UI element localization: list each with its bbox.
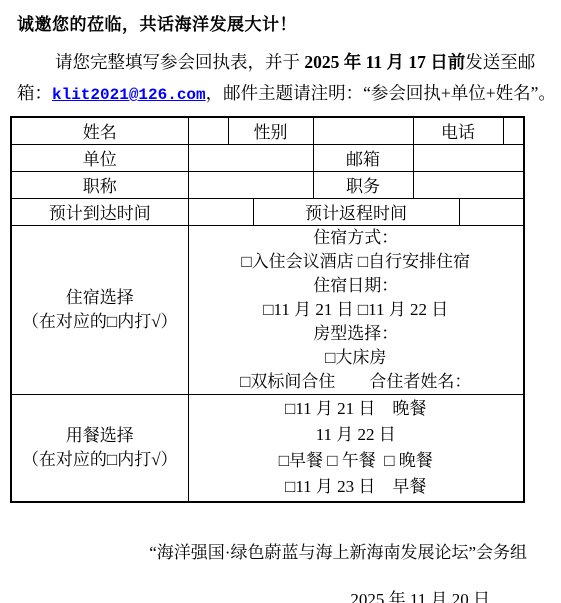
intro-line-2: 箱：klit2021@126.com，邮件主题请注明：“参会回执+单位+姓名”。 — [17, 78, 561, 111]
accommodation-row-label: 住宿选择 — [12, 286, 188, 310]
signature-date: 2025 年 11 月 20 日 — [0, 585, 490, 603]
deadline-text: 2025 年 11 月 17 日前 — [304, 52, 465, 72]
meal-nov21-dinner-checkbox-line[interactable]: □11 月 21 日 晚餐 — [189, 396, 524, 422]
title-value-cell[interactable] — [188, 171, 313, 198]
table-row: 姓名 性别 电话 — [11, 117, 524, 144]
email-label-cell: 邮箱 — [313, 144, 413, 171]
hotel-date-label: 住宿日期： — [189, 274, 524, 298]
title-label-cell: 职称 — [11, 171, 188, 198]
invitation-heading: 诚邀您的莅临，共话海洋发展大计！ — [17, 10, 545, 35]
table-row: 预计到达时间 预计返程时间 — [11, 198, 524, 225]
email-link[interactable]: klit2021@126.com — [52, 86, 206, 104]
accommodation-row: 住宿选择 （在对应的□内打√） 住宿方式： □入住会议酒店 □自行安排住宿 住宿… — [11, 225, 524, 394]
name-label-cell: 姓名 — [11, 117, 188, 144]
intro-text: ，邮件主题请注明：“参会回执+单位+姓名”。 — [206, 83, 556, 103]
meal-nov22-label: 11 月 22 日 — [189, 422, 524, 448]
reply-form-table: 姓名 性别 电话 单位 邮箱 职称 职务 预计到达时间 预计返程时间 住宿选择 … — [10, 116, 525, 503]
position-value-cell[interactable] — [413, 171, 524, 198]
return-time-label-cell: 预计返程时间 — [253, 198, 459, 225]
phone-value-cell[interactable] — [503, 117, 524, 144]
table-row: 职称 职务 — [11, 171, 524, 198]
phone-label-cell: 电话 — [413, 117, 503, 144]
accommodation-row-label-note: （在对应的□内打√） — [12, 310, 188, 334]
accommodation-row-label-cell: 住宿选择 （在对应的□内打√） — [11, 225, 188, 394]
return-time-value-cell[interactable] — [459, 198, 524, 225]
hotel-method-checkbox-line[interactable]: □入住会议酒店 □自行安排住宿 — [189, 250, 524, 274]
gender-label-cell: 性别 — [228, 117, 313, 144]
arrival-time-value-cell[interactable] — [188, 198, 253, 225]
document-page: { "heading": "诚邀您的莅临，共话海洋发展大计！", "intro"… — [0, 0, 561, 603]
arrival-time-label-cell: 预计到达时间 — [11, 198, 188, 225]
meals-row: 用餐选择 （在对应的□内打√） □11 月 21 日 晚餐 11 月 22 日 … — [11, 394, 524, 502]
table-row: 单位 邮箱 — [11, 144, 524, 171]
hotel-date-checkbox-line[interactable]: □11 月 21 日 □11 月 22 日 — [189, 298, 524, 322]
organization-label-cell: 单位 — [11, 144, 188, 171]
room-king-checkbox-line[interactable]: □大床房 — [189, 346, 524, 370]
meals-row-label: 用餐选择 — [12, 424, 188, 448]
meal-nov22-checkbox-line[interactable]: □早餐 □ 午餐 □ 晚餐 — [189, 448, 524, 474]
accommodation-options-cell: 住宿方式： □入住会议酒店 □自行安排住宿 住宿日期： □11 月 21 日 □… — [188, 225, 524, 394]
intro-text: 发送至邮 — [465, 52, 535, 72]
intro-paragraph: 请您完整填写参会回执表，并于 2025 年 11 月 17 日前发送至邮 箱：k… — [17, 47, 561, 111]
organizer-signature: “海洋强国·绿色蔚蓝与海上新海南发展论坛”会务组 — [0, 538, 527, 563]
room-type-label: 房型选择： — [189, 322, 524, 346]
position-label-cell: 职务 — [313, 171, 413, 198]
intro-text: 请您完整填写参会回执表，并于 — [55, 52, 304, 72]
intro-text: 箱： — [17, 83, 52, 103]
organization-value-cell[interactable] — [188, 144, 313, 171]
meals-row-label-note: （在对应的□内打√） — [12, 448, 188, 472]
email-value-cell[interactable] — [413, 144, 524, 171]
gender-value-cell[interactable] — [313, 117, 413, 144]
meals-options-cell: □11 月 21 日 晚餐 11 月 22 日 □早餐 □ 午餐 □ 晚餐 □1… — [188, 394, 524, 502]
hotel-method-label: 住宿方式： — [189, 226, 524, 250]
name-value-cell[interactable] — [188, 117, 228, 144]
room-twin-checkbox-line[interactable]: □双标间合住 合住者姓名： — [189, 370, 524, 394]
meal-nov23-breakfast-checkbox-line[interactable]: □11 月 23 日 早餐 — [189, 474, 524, 500]
meals-row-label-cell: 用餐选择 （在对应的□内打√） — [11, 394, 188, 502]
intro-line-1: 请您完整填写参会回执表，并于 2025 年 11 月 17 日前发送至邮 — [17, 47, 561, 78]
